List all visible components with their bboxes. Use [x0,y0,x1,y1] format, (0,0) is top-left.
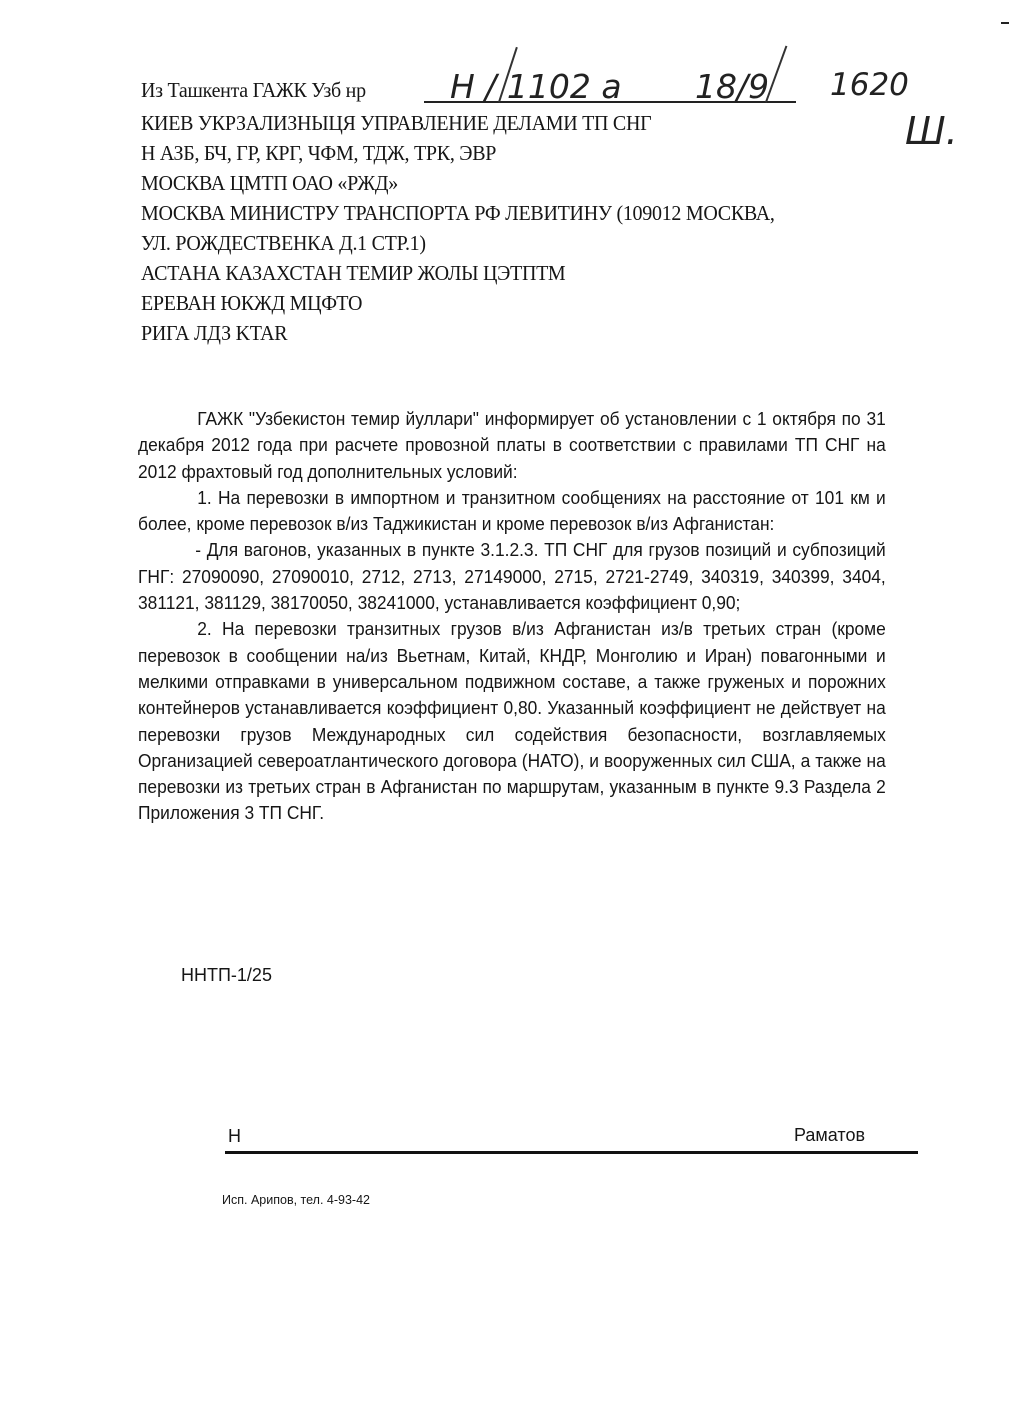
handwritten-time: 1620 [830,70,909,101]
recipient-line: МОСКВА МИНИСТРУ ТРАНСПОРТА РФ ЛЕВИТИНУ (… [141,203,775,225]
recipient-line: ЕРЕВАН ЮКЖД МЦФТО [141,293,362,315]
recipient-line: КИЕВ УКРЗАЛИЗНЫЦЯ УПРАВЛЕНИЕ ДЕЛАМИ ТП С… [141,113,651,135]
handwritten-initials: Ш. [905,112,958,150]
handwritten-number: Н / 1102 а [450,70,622,103]
signatory-title: Н [228,1126,241,1147]
intro-paragraph: ГАЖК "Узбекистон темир йуллари" информир… [138,406,886,485]
recipient-line: Н АЗБ, БЧ, ГР, КРГ, ЧФМ, ТДЖ, ТРК, ЭВР [141,143,496,165]
executor-info: Исп. Арипов, тел. 4-93-42 [222,1193,370,1207]
scan-edge-mark [1001,22,1009,24]
recipient-line: УЛ. РОЖДЕСТВЕНКА Д.1 СТР.1) [141,233,426,255]
item-1-sub-paragraph: - Для вагонов, указанных в пункте 3.1.2.… [138,537,886,616]
reference-code: ННТП-1/25 [181,965,272,986]
item-1-paragraph: 1. На перевозки в импортном и транзитном… [138,485,886,538]
from-line: Из Ташкента ГАЖК Узб нр [141,80,366,102]
signature-line [225,1151,918,1154]
recipient-line: МОСКВА ЦМТП ОАО «РЖД» [141,173,398,195]
recipient-line: АСТАНА КАЗАХСТАН ТЕМИР ЖОЛЫ ЦЭТПТМ [141,263,565,285]
document-page: Из Ташкента ГАЖК Узб нр Н / 1102 а 18/9 … [0,0,1009,1421]
signatory-name: Раматов [794,1125,865,1146]
recipient-line: РИГА ЛДЗ KTAR [141,323,287,345]
letter-body: ГАЖК "Узбекистон темир йуллари" информир… [138,406,886,827]
item-2-paragraph: 2. На перевозки транзитных грузов в/из А… [138,616,886,826]
handwritten-date: 18/9 [695,70,769,103]
